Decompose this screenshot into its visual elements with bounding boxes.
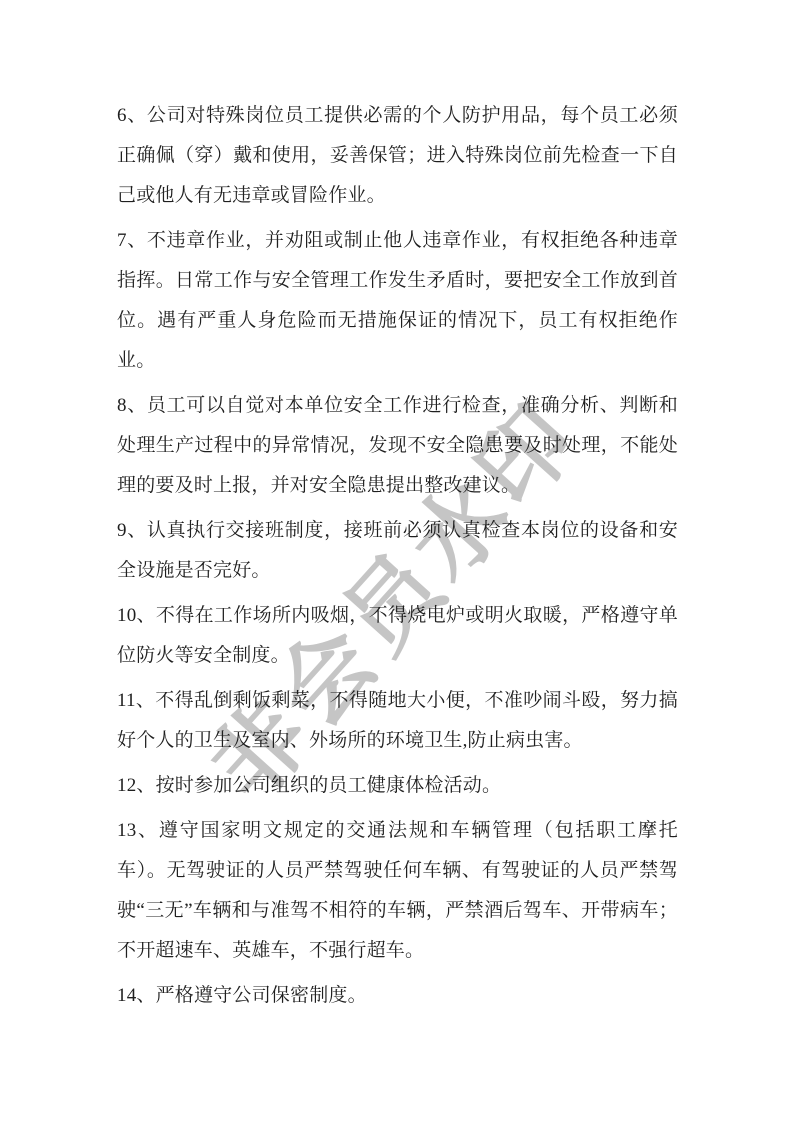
paragraph-12: 12、按时参加公司组织的员工健康体检活动。 — [117, 766, 678, 806]
paragraph-9: 9、认真执行交接班制度，接班前必须认真检查本岗位的设备和安全设施是否完好。 — [117, 511, 678, 591]
document-page: 非会员水印 6、公司对特殊岗位员工提供必需的个人防护用品，每个员工必须正确佩（穿… — [0, 0, 800, 1131]
document-body: 6、公司对特殊岗位员工提供必需的个人防护用品，每个员工必须正确佩（穿）戴和使用，… — [117, 96, 678, 1016]
paragraph-8: 8、员工可以自觉对本单位安全工作进行检查，准确分析、判断和处理生产过程中的异常情… — [117, 386, 678, 506]
paragraph-13: 13、遵守国家明文规定的交通法规和车辆管理（包括职工摩托车）。无驾驶证的人员严禁… — [117, 811, 678, 971]
paragraph-10: 10、不得在工作场所内吸烟，不得烧电炉或明火取暖，严格遵守单位防火等安全制度。 — [117, 596, 678, 676]
paragraph-14: 14、严格遵守公司保密制度。 — [117, 976, 678, 1016]
paragraph-6: 6、公司对特殊岗位员工提供必需的个人防护用品，每个员工必须正确佩（穿）戴和使用，… — [117, 96, 678, 216]
paragraph-11: 11、不得乱倒剩饭剩菜，不得随地大小便，不准吵闹斗殴，努力搞好个人的卫生及室内、… — [117, 681, 678, 761]
paragraph-7: 7、不违章作业，并劝阻或制止他人违章作业，有权拒绝各种违章指挥。日常工作与安全管… — [117, 221, 678, 381]
